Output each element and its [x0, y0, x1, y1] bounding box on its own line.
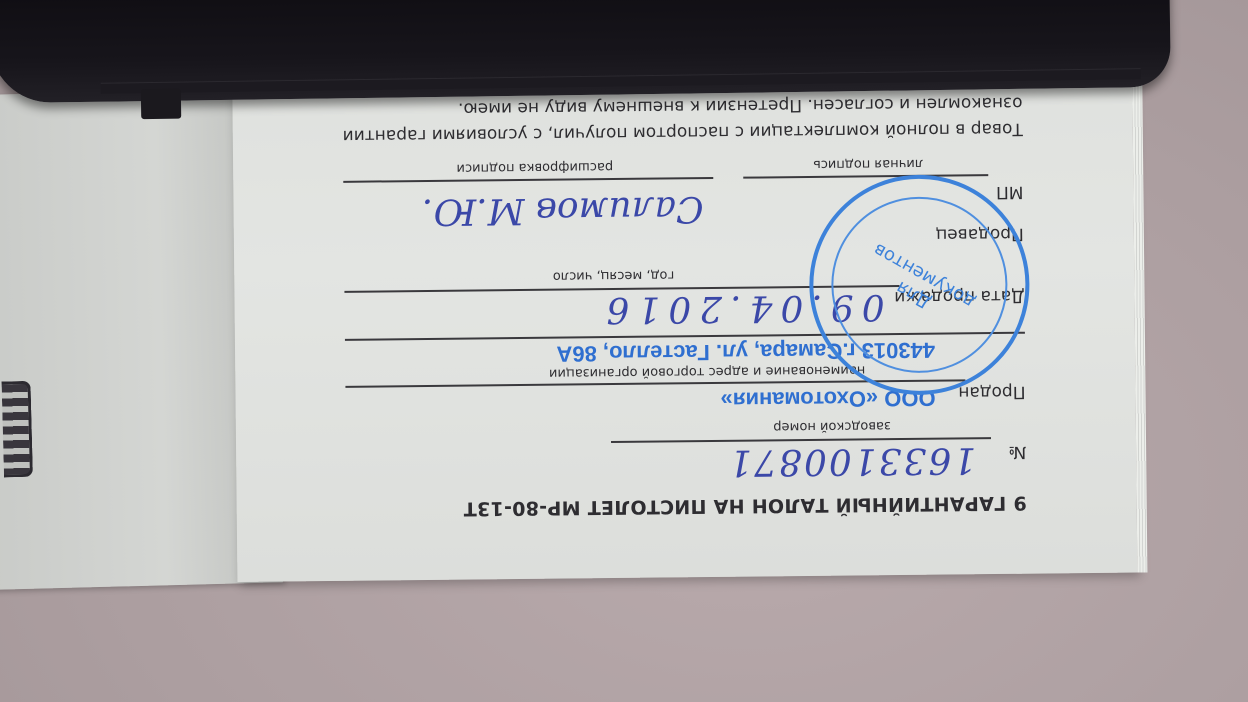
pistol-pin	[141, 89, 181, 120]
pistol-body	[0, 0, 1171, 103]
signature-decoding-caption: расшифровка подписи	[456, 159, 613, 176]
stamp-center-text: Для документов	[859, 238, 979, 332]
signature-decoding-line	[343, 177, 713, 183]
coupon-title: 9 ГАРАНТИЙНЫЙ ТАЛОН НА ПИСТОЛЕТ МР-80-13…	[463, 492, 1027, 520]
signature-name: Салимов М.Ю.	[422, 188, 704, 232]
serial-number: 1633100871	[727, 439, 976, 483]
signature-line	[743, 174, 988, 179]
sale-date-caption: год, месяц, число	[553, 267, 675, 283]
stamp-place-label: МП	[996, 182, 1024, 202]
warranty-page: 9 ГАРАНТИЙНЫЙ ТАЛОН НА ПИСТОЛЕТ МР-80-13…	[232, 51, 1137, 582]
pistol-drawing-fragment	[2, 381, 34, 478]
serial-caption: заводской номер	[773, 418, 891, 434]
signature-caption: личная подпись	[813, 156, 923, 172]
seller-label: Продан	[958, 382, 1025, 403]
number-label: №	[1008, 442, 1026, 462]
warranty-coupon: 9 ГАРАНТИЙНЫЙ ТАЛОН НА ПИСТОЛЕТ МР-80-13…	[232, 51, 1137, 582]
round-stamp: Для документов	[808, 174, 1030, 396]
acknowledgement-text: Товар в полной комплектации с паспортом …	[302, 90, 1023, 150]
